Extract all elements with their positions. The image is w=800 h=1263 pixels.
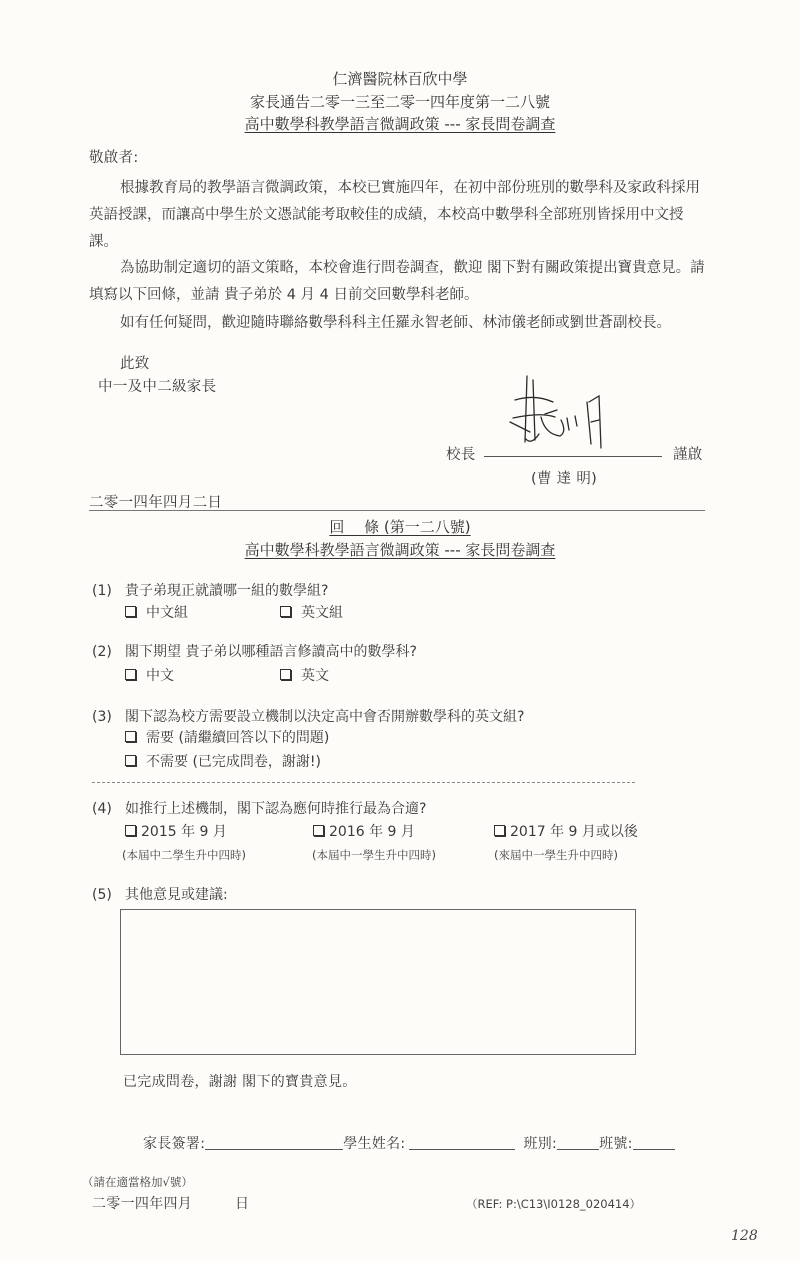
question-4-number: (4): [92, 801, 125, 817]
dashed-divider: [92, 782, 635, 783]
checkbox-icon[interactable]: [125, 731, 136, 742]
notice-subject-text: 高中數學科教學語言微調政策 --- 家長問卷調查: [245, 115, 556, 133]
paragraph-2: 為協助制定適切的語文策略，本校會進行問卷調查，歡迎 閣下對有關政策提出寶貴意見。…: [89, 255, 711, 309]
notice-subject: 高中數學科教學語言微調政策 --- 家長問卷調查: [0, 113, 800, 134]
q4-note-2017: (來屆中一學生升中四時): [494, 847, 618, 863]
q2-option-english-label: 英文: [301, 668, 329, 684]
letter-date: 二零一四年四月二日: [89, 491, 222, 512]
question-1-text: 貴子弟現正就讀哪一組的數學組?: [125, 583, 328, 599]
q3-option-not-needed-label: 不需要 (已完成問卷，謝謝!): [146, 754, 321, 770]
q3-option-needed-label: 需要 (請繼續回答以下的問題): [146, 730, 329, 746]
q1-option-english[interactable]: 英文組: [280, 602, 343, 622]
class-number-label: 班號:: [599, 1136, 633, 1152]
q2-option-chinese[interactable]: 中文: [125, 665, 174, 685]
student-name-label: 學生姓名:: [343, 1136, 405, 1152]
question-5: (5)其他意見或建議:: [92, 884, 228, 904]
checkbox-icon[interactable]: [125, 606, 136, 617]
reply-slip-subtitle: 高中數學科教學語言微調政策 --- 家長問卷調查: [0, 539, 800, 560]
question-5-text: 其他意見或建議:: [125, 887, 228, 903]
student-name-field[interactable]: [409, 1135, 515, 1150]
checkbox-icon[interactable]: [280, 669, 291, 680]
question-1: (1)貴子弟現正就讀哪一組的數學組?: [92, 580, 328, 600]
paragraph-3: 如有任何疑問，歡迎隨時聯絡數學科科主任羅永智老師、林沛儀老師或劉世蒼副校長。: [89, 310, 711, 337]
question-1-number: (1): [92, 583, 125, 599]
page-number: 128: [731, 1228, 758, 1244]
question-2-number: (2): [92, 644, 125, 660]
q4-option-2016[interactable]: 2016 年 9 月: [313, 821, 415, 841]
question-5-number: (5): [92, 887, 125, 903]
closing: 此致: [120, 352, 150, 373]
reply-slip-title-text: 回 條 (第一二八號): [329, 518, 470, 536]
question-3-text: 閣下認為校方需要設立機制以決定高中會否開辦數學科的英文組?: [125, 709, 524, 725]
signer-name: (曹 達 明): [531, 467, 597, 488]
checkbox-icon[interactable]: [125, 669, 136, 680]
question-2: (2)閣下期望 貴子弟以哪種語言修讀高中的數學科?: [92, 641, 417, 661]
q4-option-2015-label: 2015 年 9 月: [141, 824, 227, 840]
signer-title: 校長: [446, 443, 476, 464]
checkbox-icon[interactable]: [125, 825, 136, 836]
q1-option-chinese-label: 中文組: [146, 605, 188, 621]
question-3: (3)閣下認為校方需要設立機制以決定高中會否開辦數學科的英文組?: [92, 706, 524, 726]
principal-signature-icon: [505, 372, 625, 462]
q4-option-2017-label: 2017 年 9 月或以後: [510, 824, 638, 840]
q2-option-english[interactable]: 英文: [280, 665, 329, 685]
school-name: 仁濟醫院林百欣中學: [0, 68, 800, 89]
q3-option-needed[interactable]: 需要 (請繼續回答以下的問題): [125, 727, 329, 747]
checkbox-icon[interactable]: [125, 755, 136, 766]
question-4: (4)如推行上述機制，閣下認為應何時推行最為合適?: [92, 798, 426, 818]
q4-option-2017[interactable]: 2017 年 9 月或以後: [494, 821, 638, 841]
q1-option-chinese[interactable]: 中文組: [125, 602, 188, 622]
q1-option-english-label: 英文組: [301, 605, 343, 621]
q4-option-2015[interactable]: 2015 年 9 月: [125, 821, 227, 841]
reply-date-line: 二零一四年四月 日: [92, 1193, 249, 1213]
parent-signature-field[interactable]: [205, 1135, 343, 1150]
checkbox-icon[interactable]: [494, 825, 505, 836]
q4-option-2016-label: 2016 年 9 月: [329, 824, 415, 840]
question-4-text: 如推行上述機制，閣下認為應何時推行最為合適?: [125, 801, 426, 817]
paragraph-1: 根據教育局的教學語言微調政策，本校已實施四年，在初中部份班別的數學科及家政科採用…: [89, 175, 711, 256]
signature-line: [484, 456, 662, 457]
question-3-number: (3): [92, 709, 125, 725]
q4-note-2015: (本屆中二學生升中四時): [122, 847, 246, 863]
checkbox-instruction: （請在適當格加√號）: [82, 1174, 193, 1190]
recipient: 中一及中二級家長: [98, 375, 216, 396]
reply-slip-title: 回 條 (第一二八號): [0, 516, 800, 537]
thanks-message: 已完成問卷，謝謝 閣下的寶貴意見。: [123, 1071, 357, 1091]
question-2-text: 閣下期望 貴子弟以哪種語言修讀高中的數學科?: [125, 644, 417, 660]
salutation: 敬啟者:: [89, 146, 139, 167]
checkbox-icon[interactable]: [280, 606, 291, 617]
class-number-field[interactable]: [633, 1135, 675, 1150]
comments-box[interactable]: [120, 909, 636, 1055]
signature-fields: 家長簽署:學生姓名:班別:班號:: [143, 1133, 675, 1153]
reply-slip-subtitle-text: 高中數學科教學語言微調政策 --- 家長問卷調查: [245, 541, 556, 559]
checkbox-icon[interactable]: [313, 825, 324, 836]
notice-number: 家長通告二零一三至二零一四年度第一二八號: [0, 91, 800, 112]
class-label: 班別:: [523, 1136, 557, 1152]
signer-closing: 謹啟: [673, 443, 703, 464]
parent-signature-label: 家長簽署:: [143, 1136, 205, 1152]
q4-note-2016: (本屆中一學生升中四時): [312, 847, 436, 863]
section-divider: [89, 510, 705, 511]
q3-option-not-needed[interactable]: 不需要 (已完成問卷，謝謝!): [125, 751, 321, 771]
class-field[interactable]: [557, 1135, 599, 1150]
q2-option-chinese-label: 中文: [146, 668, 174, 684]
reference-code: （REF: P:\C13\I0128_020414）: [466, 1196, 641, 1212]
